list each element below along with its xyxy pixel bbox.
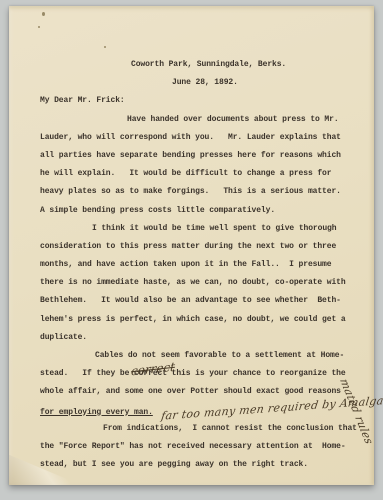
paper-speck <box>104 46 106 48</box>
letter-line: consideration to this press matter durin… <box>40 238 360 256</box>
letter-line: Lauder, who will correspond with you. Mr… <box>40 129 360 147</box>
struck-word: correctcorrect <box>134 365 167 383</box>
letter-heading-date: June 28, 1892. <box>40 74 360 92</box>
letter-line: I think it would be time well spent to g… <box>40 220 360 238</box>
letter-line: there is no immediate haste, as we can, … <box>40 274 360 292</box>
letter-line: lehem's press is perfect, in which case,… <box>40 311 360 329</box>
letter-line: the "Force Report" has not received nece… <box>40 438 360 456</box>
letter-line: A simple bending press costs little comp… <box>40 202 360 220</box>
letter-line: all parties have separate bending presse… <box>40 147 360 165</box>
letter-heading-location: Coworth Park, Sunningdale, Berks. <box>40 56 360 74</box>
letter-line: stead. If they be correctcorrect this is… <box>40 365 360 383</box>
letter-text-block: Coworth Park, Sunningdale, Berks. June 2… <box>40 56 360 474</box>
letter-line: heavy plates so as to make forgings. Thi… <box>40 183 360 201</box>
letter-line: Have handed over documents about press t… <box>40 111 360 129</box>
handwritten-correction: correct <box>131 358 176 381</box>
paper-speck <box>38 26 40 28</box>
paper-speck <box>42 12 45 16</box>
letter-line: for employing every man. far too many me… <box>40 402 360 420</box>
letter-line: Cables do not seem favorable to a settle… <box>40 347 360 365</box>
letter-line: months, and have action taken upon it in… <box>40 256 360 274</box>
letter-line: duplicate. <box>40 329 360 347</box>
underlined-phrase: for employing every man. <box>40 408 153 417</box>
letter-body: Have handed over documents about press t… <box>40 111 360 475</box>
letter-line: stead, but I see you are pegging away on… <box>40 456 360 474</box>
letter-line: he will explain. It would be difficult t… <box>40 165 360 183</box>
letter-salutation: My Dear Mr. Frick: <box>40 92 360 110</box>
photo-background: { "document": { "kind": "typewritten-let… <box>0 0 383 500</box>
letter-page: Coworth Park, Sunningdale, Berks. June 2… <box>9 6 374 485</box>
letter-line: Bethlehem. It would also be an advantage… <box>40 292 360 310</box>
